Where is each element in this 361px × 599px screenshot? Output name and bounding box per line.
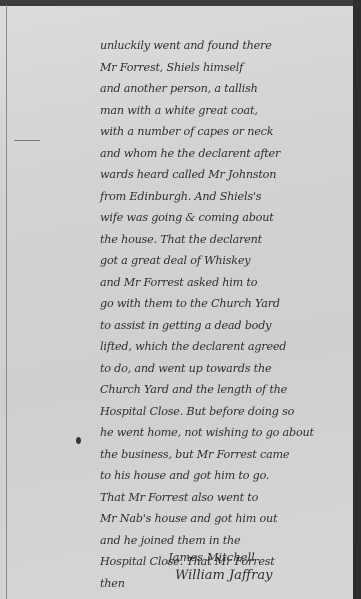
text-line: to do, and went up towards the — [100, 358, 348, 380]
text-line: lifted, which the declarent agreed — [100, 336, 348, 358]
text-line: the house. That the declarent — [100, 229, 348, 251]
text-line: and another person, a tallish — [100, 78, 348, 100]
text-line: Hospital Close. But before doing so — [100, 401, 348, 423]
text-line: wards heard called Mr Johnston — [100, 164, 348, 186]
text-line: he went home, not wishing to go about — [100, 422, 348, 444]
text-line: Church Yard and the length of the — [100, 379, 348, 401]
scan-border-top — [0, 0, 361, 6]
text-line: from Edinburgh. And Shiels's — [100, 186, 348, 208]
ink-blot — [76, 437, 81, 444]
scan-border-right — [353, 0, 361, 599]
signature-james-mitchell: James Mitchell — [168, 548, 340, 566]
pencil-mark — [14, 140, 40, 141]
text-line: go with them to the Church Yard — [100, 293, 348, 315]
text-line: unluckily went and found there — [100, 35, 348, 57]
text-line: the business, but Mr Forrest came — [100, 444, 348, 466]
text-line: and Mr Forrest asked him to — [100, 272, 348, 294]
text-line: Mr Forrest, Shiels himself — [100, 57, 348, 79]
text-line: wife was going & coming about — [100, 207, 348, 229]
margin-rule — [6, 5, 7, 599]
text-line: to his house and got him to go. — [100, 465, 348, 487]
text-line: to assist in getting a dead body — [100, 315, 348, 337]
text-line: That Mr Forrest also went to — [100, 487, 348, 509]
text-line: man with a white great coat, — [100, 100, 348, 122]
text-line: Mr Nab's house and got him out — [100, 508, 348, 530]
signature-block: James Mitchell William Jaffray — [160, 548, 340, 586]
text-line: got a great deal of Whiskey — [100, 250, 348, 272]
signature-william-jaffray: William Jaffray — [175, 566, 340, 586]
manuscript-body: unluckily went and found there Mr Forres… — [100, 35, 348, 594]
text-line: and whom he the declarent after — [100, 143, 348, 165]
text-line: with a number of capes or neck — [100, 121, 348, 143]
